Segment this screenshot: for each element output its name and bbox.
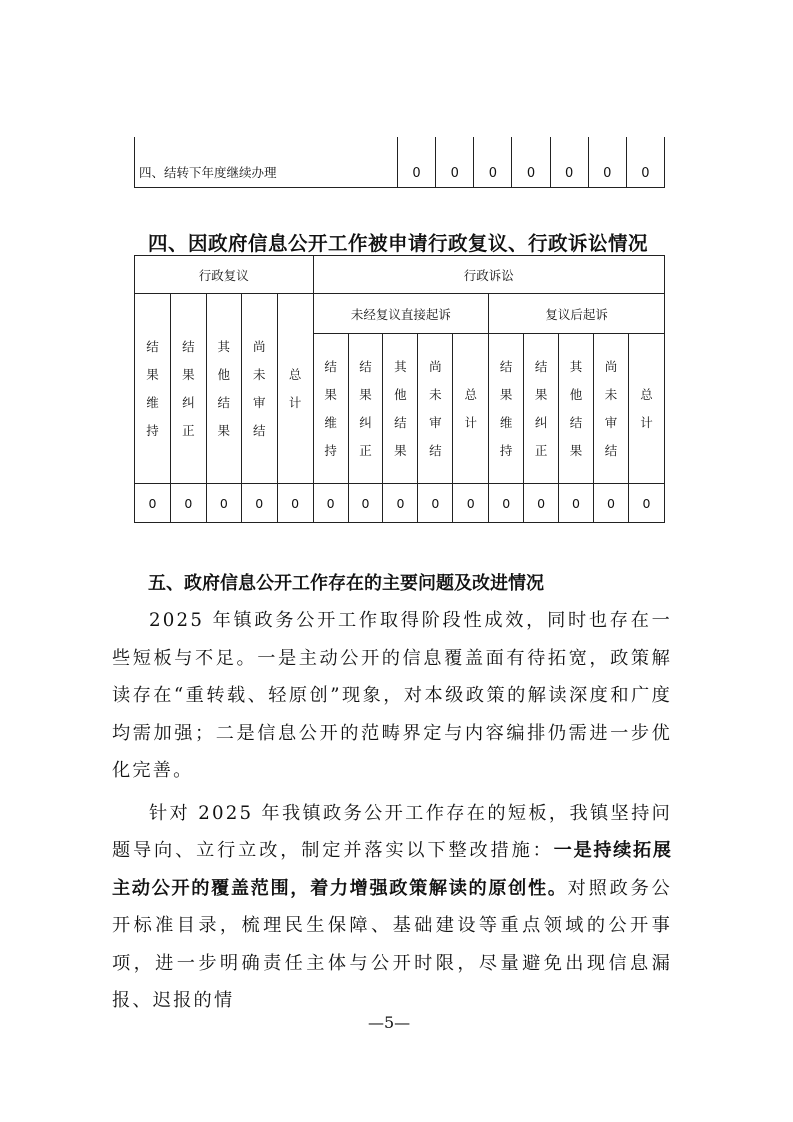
- cell-value: 0: [348, 484, 383, 523]
- cell-value: 0: [436, 137, 474, 188]
- section4-heading: 四、因政府信息公开工作被申请行政复议、行政诉讼情况: [148, 228, 648, 256]
- section5-body: 2025 年镇政务公开工作取得阶段性成效，同时也存在一些短板与不足。一是主动公开…: [112, 602, 672, 1020]
- header-col: 结果维持: [313, 334, 348, 484]
- cell-value: 0: [398, 137, 436, 188]
- header-col: 结果维持: [489, 334, 524, 484]
- header-col-total: 总计: [628, 334, 664, 484]
- header-col: 结果纠正: [348, 334, 383, 484]
- header-col: 结果维持: [135, 294, 171, 484]
- cell-value: 0: [453, 484, 489, 523]
- cell-value: 0: [170, 484, 206, 523]
- header-col: 结果纠正: [170, 294, 206, 484]
- table-header-row: 行政复议 行政诉讼: [135, 256, 665, 294]
- cell-value: 0: [135, 484, 171, 523]
- cell-value: 0: [626, 137, 664, 188]
- header-litigation: 行政诉讼: [313, 256, 664, 294]
- carryover-table: 四、结转下年度继续办理 0 0 0 0 0 0 0: [134, 137, 665, 188]
- header-admin-review: 行政复议: [135, 256, 314, 294]
- paragraph-problems: 2025 年镇政务公开工作取得阶段性成效，同时也存在一些短板与不足。一是主动公开…: [112, 602, 672, 790]
- header-col-total: 总计: [453, 334, 489, 484]
- header-direct-suit: 未经复议直接起诉: [313, 294, 489, 334]
- cell-value: 0: [628, 484, 664, 523]
- header-col-total: 总计: [277, 294, 313, 484]
- cell-value: 0: [593, 484, 628, 523]
- table-subheader-row: 结果维持 结果纠正 其他结果 尚未审结 总计 未经复议直接起诉 复议后起诉: [135, 294, 665, 334]
- cell-value: 0: [489, 484, 524, 523]
- cell-value: 0: [313, 484, 348, 523]
- cell-value: 0: [512, 137, 550, 188]
- section5-heading: 五、政府信息公开工作存在的主要问题及改进情况: [148, 569, 544, 595]
- cell-value: 0: [383, 484, 418, 523]
- header-col: 尚未审结: [418, 334, 453, 484]
- header-col: 其他结果: [206, 294, 241, 484]
- row-label: 四、结转下年度继续办理: [135, 137, 398, 188]
- cell-value: 0: [524, 484, 559, 523]
- paragraph-measures: 针对 2025 年我镇政务公开工作存在的短板，我镇坚持问题导向、立行立改，制定并…: [112, 795, 672, 1020]
- header-col: 尚未审结: [241, 294, 277, 484]
- header-col: 其他结果: [559, 334, 594, 484]
- cell-value: 0: [277, 484, 313, 523]
- table-row: 四、结转下年度继续办理 0 0 0 0 0 0 0: [135, 137, 665, 188]
- cell-value: 0: [474, 137, 512, 188]
- review-litigation-table: 行政复议 行政诉讼 结果维持 结果纠正 其他结果 尚未审结 总计 未经复议直接起…: [134, 255, 665, 523]
- cell-value: 0: [418, 484, 453, 523]
- header-suit-after-review: 复议后起诉: [489, 294, 665, 334]
- page-number: —5—: [368, 1013, 410, 1032]
- table-row: 0 0 0 0 0 0 0 0 0 0 0 0 0 0 0: [135, 484, 665, 523]
- cell-value: 0: [550, 137, 588, 188]
- header-col: 结果纠正: [524, 334, 559, 484]
- cell-value: 0: [241, 484, 277, 523]
- cell-value: 0: [588, 137, 626, 188]
- header-col: 尚未审结: [593, 334, 628, 484]
- cell-value: 0: [206, 484, 241, 523]
- cell-value: 0: [559, 484, 594, 523]
- header-col: 其他结果: [383, 334, 418, 484]
